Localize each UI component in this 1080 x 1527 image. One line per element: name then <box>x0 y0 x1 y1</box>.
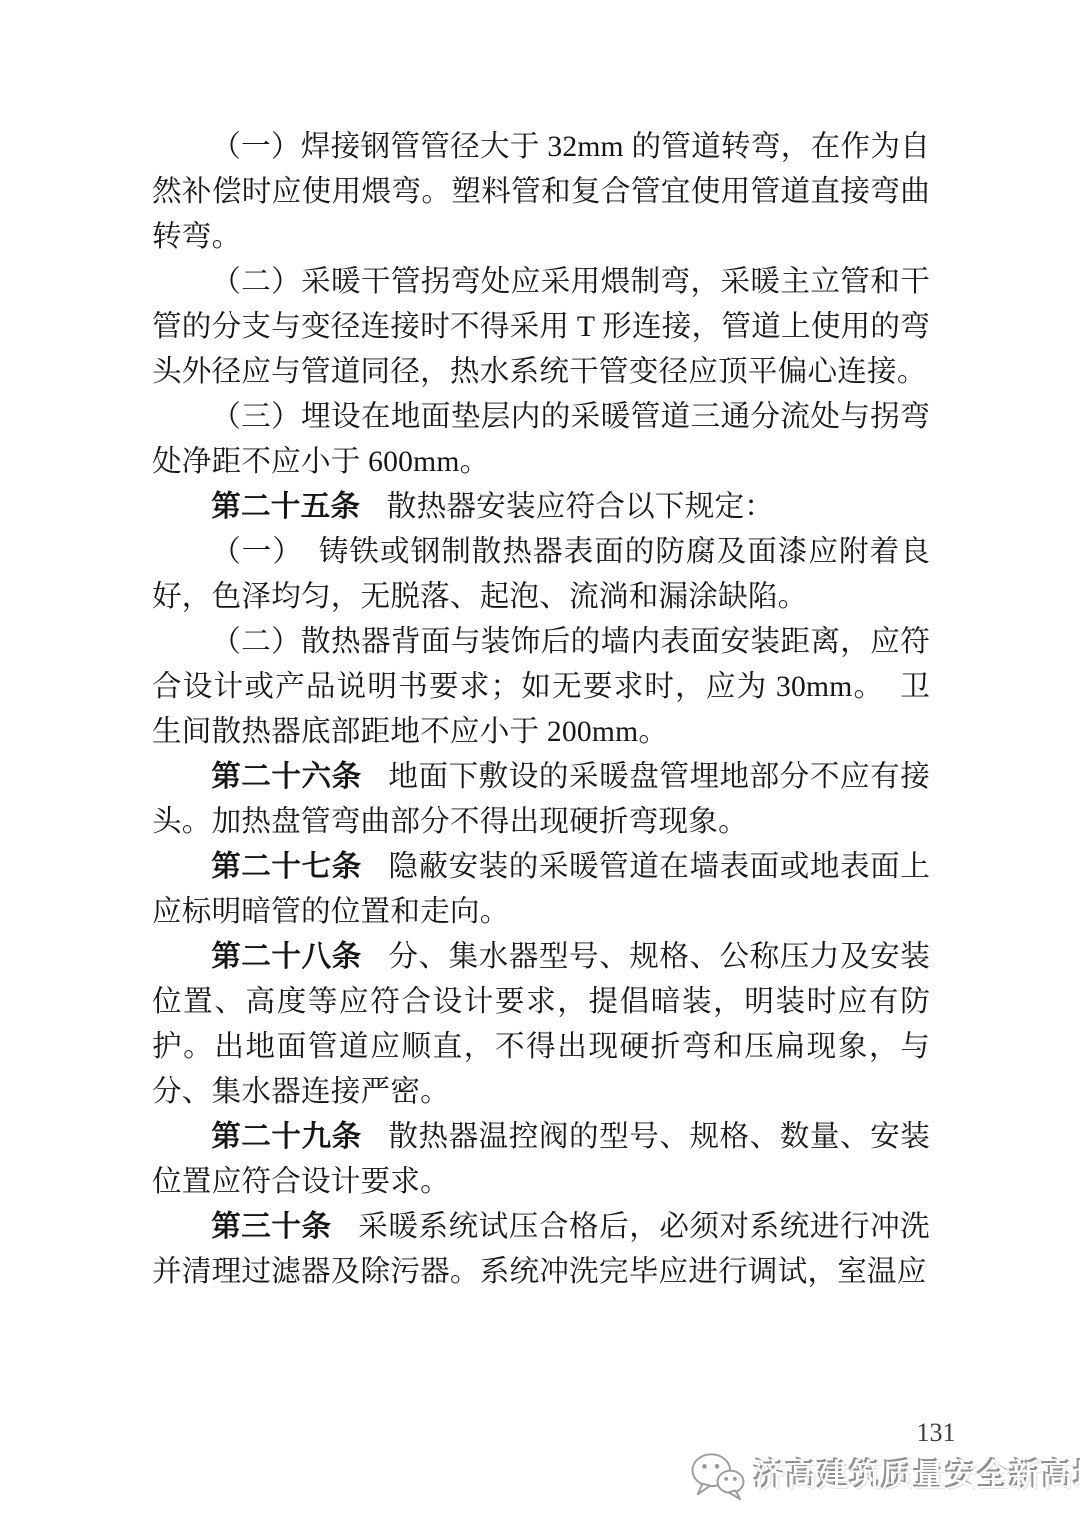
article-number: 第二十六条 <box>211 761 362 793</box>
article-number: 第二十九条 <box>211 1121 362 1153</box>
paragraph: （三）埋设在地面垫层内的采暖管道三通分流处与拐弯处净距不应小于 600mm。 <box>152 395 930 485</box>
paragraph-text: （二）采暖干管拐弯处应采用煨制弯，采暖主立管和干管的分支与变径连接时不得采用 T… <box>152 266 930 388</box>
watermark: 济高建筑质量安全新高地 <box>690 1450 1080 1502</box>
document-page: （一）焊接钢管管径大于 32mm 的管道转弯，在作为自然补偿时应使用煨弯。塑料管… <box>0 0 1080 1527</box>
paragraph-text: （三）埋设在地面垫层内的采暖管道三通分流处与拐弯处净距不应小于 600mm。 <box>152 401 930 478</box>
paragraph-text: （一） 铸铁或钢制散热器表面的防腐及面漆应附着良好，色泽均匀，无脱落、起泡、流淌… <box>152 536 930 613</box>
article-number: 第二十七条 <box>211 851 362 883</box>
paragraph-text: 散热器安装应符合以下规定： <box>387 491 774 523</box>
paragraph: 第二十五条散热器安装应符合以下规定： <box>152 485 930 530</box>
document-body: （一）焊接钢管管径大于 32mm 的管道转弯，在作为自然补偿时应使用煨弯。塑料管… <box>152 125 930 1295</box>
wechat-icon <box>690 1450 746 1502</box>
paragraph: 第二十六条地面下敷设的采暖盘管埋地部分不应有接头。加热盘管弯曲部分不得出现硬折弯… <box>152 755 930 845</box>
paragraph: （一）焊接钢管管径大于 32mm 的管道转弯，在作为自然补偿时应使用煨弯。塑料管… <box>152 125 930 260</box>
paragraph: （二）散热器背面与装饰后的墙内表面安装距离，应符合设计或产品说明书要求；如无要求… <box>152 620 930 755</box>
paragraph-text: （二）散热器背面与装饰后的墙内表面安装距离，应符合设计或产品说明书要求；如无要求… <box>152 626 930 748</box>
paragraph-text: （一）焊接钢管管径大于 32mm 的管道转弯，在作为自然补偿时应使用煨弯。塑料管… <box>152 131 930 253</box>
paragraph: 第二十九条散热器温控阀的型号、规格、数量、安装位置应符合设计要求。 <box>152 1115 930 1205</box>
article-number: 第二十五条 <box>211 491 360 523</box>
paragraph: 第二十八条分、集水器型号、规格、公称压力及安装位置、高度等应符合设计要求，提倡暗… <box>152 935 930 1115</box>
page-number: 131 <box>878 1417 994 1449</box>
paragraph: （二）采暖干管拐弯处应采用煨制弯，采暖主立管和干管的分支与变径连接时不得采用 T… <box>152 260 930 395</box>
paragraph: 第二十七条隐蔽安装的采暖管道在墙表面或地表面上应标明暗管的位置和走向。 <box>152 845 930 935</box>
paragraph: （一） 铸铁或钢制散热器表面的防腐及面漆应附着良好，色泽均匀，无脱落、起泡、流淌… <box>152 530 930 620</box>
watermark-text: 济高建筑质量安全新高地 <box>754 1450 1080 1502</box>
article-number: 第三十条 <box>211 1211 331 1243</box>
paragraph: 第三十条采暖系统试压合格后，必须对系统进行冲洗并清理过滤器及除污器。系统冲洗完毕… <box>152 1205 930 1295</box>
article-number: 第二十八条 <box>211 941 362 973</box>
